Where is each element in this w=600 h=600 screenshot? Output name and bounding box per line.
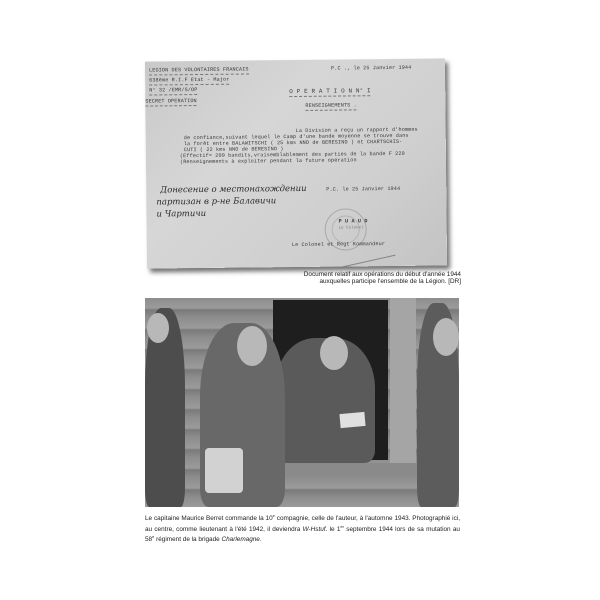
map-case [205, 448, 243, 493]
document-caption: Document relatif aux opérations du début… [241, 271, 461, 286]
doc-signatory-name: P U A U D [339, 218, 368, 224]
doc-header-legion: LEGION DES VOLONTAIRES FRANCAIS [149, 66, 249, 75]
document-caption-line: Document relatif aux opérations du début… [241, 271, 461, 278]
caption-text: le 1 [327, 526, 340, 533]
handwritten-note-line: Донесение о местонахождении [160, 184, 306, 196]
doc-body-line: (Renseignements à exploiter pendant la f… [180, 157, 357, 165]
archival-document-scan: LEGION DES VOLONTAIRES FRANCAIS 638ème R… [145, 58, 447, 268]
caption-italic: W-Hstuf. [303, 526, 328, 533]
doc-secret-operation: SECRET OPERATION [145, 98, 197, 107]
head [237, 326, 267, 366]
doc-header-regiment: 638ème R.I.F Etat - Major [149, 77, 229, 86]
historical-photograph [145, 298, 459, 507]
paper-sheet [339, 412, 365, 428]
head [147, 313, 169, 343]
document-caption-line: auxquelles participe l'ensemble de la Lé… [241, 278, 461, 285]
doc-signatory-title: Le Colonel et Regt Kommandeur [292, 241, 385, 248]
head [433, 318, 459, 356]
doc-subtitle: RENSEIGNEMENTS . [305, 102, 357, 111]
caption-italic: Charlemagne [222, 536, 260, 543]
photo-caption: Le capitaine Maurice Berret commande la … [145, 512, 460, 544]
doc-header-date: P.C ., le 25 Janvier 1944 [331, 65, 411, 72]
head [320, 336, 348, 370]
doc-title: O P E R A T I O N N° I [289, 87, 371, 97]
doc-reference-number: N° 32 /EMR/S/OP [149, 87, 197, 96]
caption-text: Le capitaine Maurice Berret commande la … [145, 515, 273, 522]
wooden-post [390, 298, 416, 473]
handwritten-note-line: и Чартичи [156, 209, 206, 220]
doc-stamp-text: Le Colonel [339, 226, 364, 230]
caption-text: régiment de la brigade [154, 536, 221, 543]
caption-text: . [260, 536, 262, 543]
doc-footer-date: P.C. le 25 Janvier 1944 [326, 186, 400, 193]
handwritten-note-line: партизан в р-не Балавичи [156, 196, 276, 207]
